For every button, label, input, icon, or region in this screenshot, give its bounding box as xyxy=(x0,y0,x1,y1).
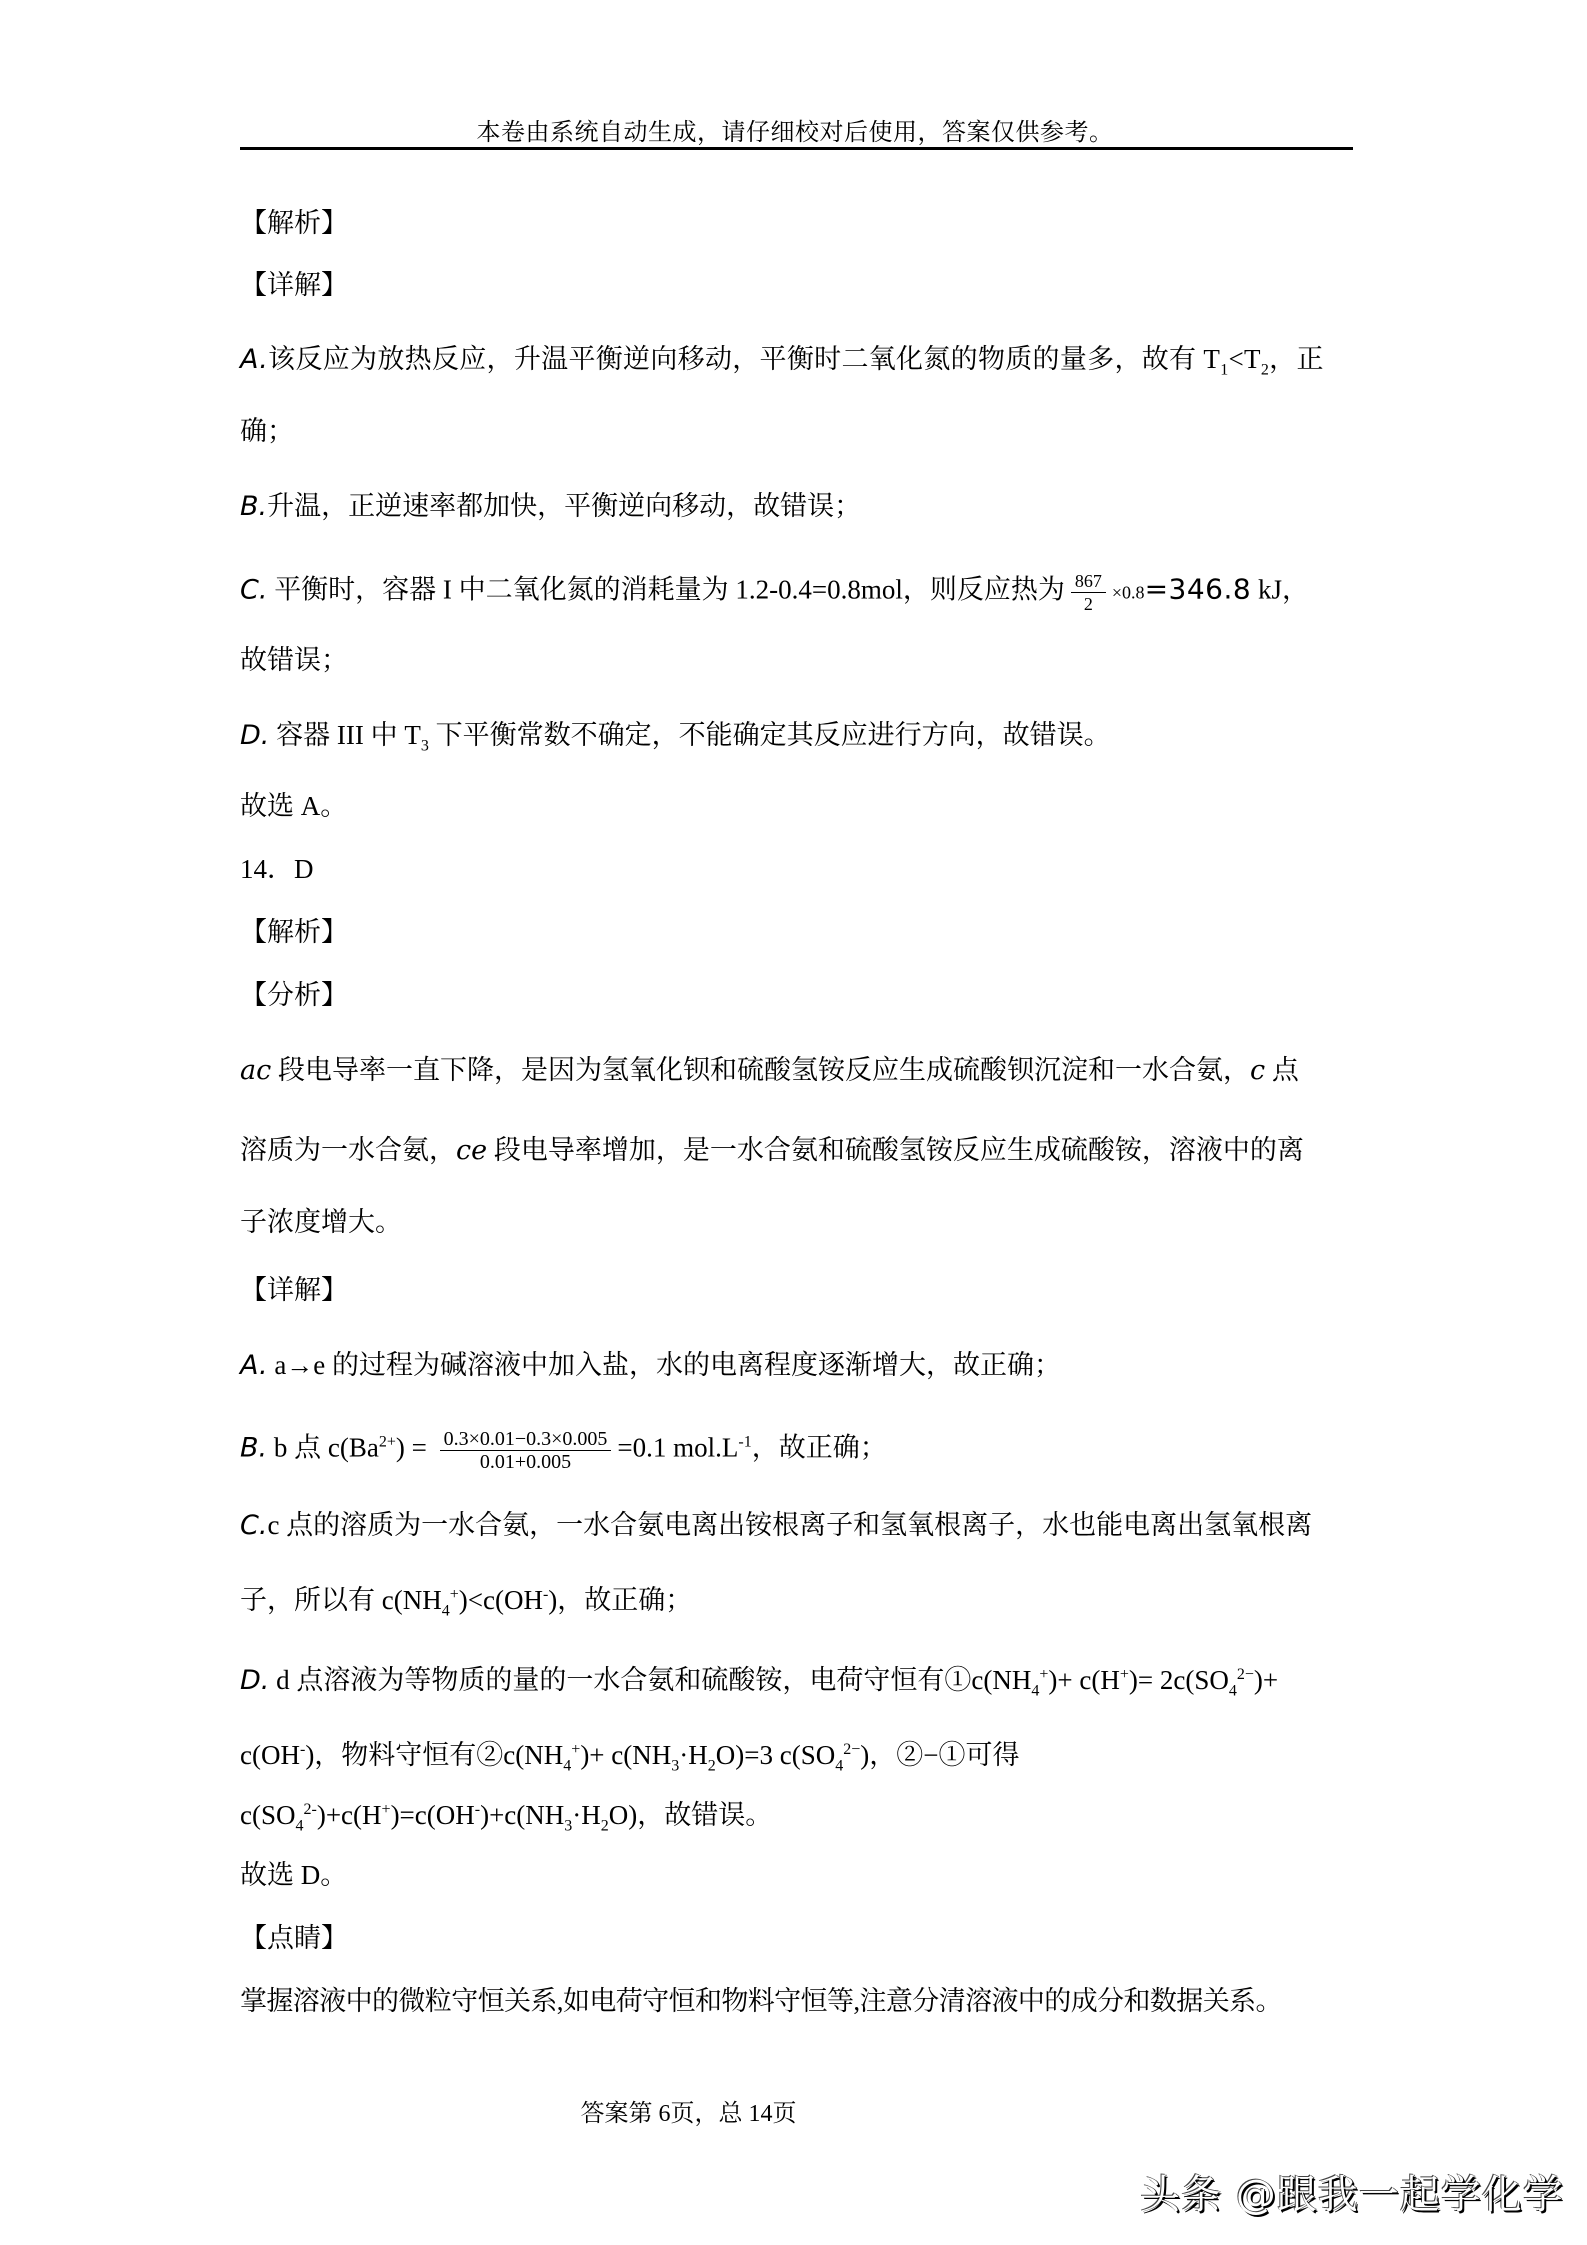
section-label-jiexi: 【解析】 xyxy=(240,206,348,240)
option-text: )，物料守恒有②c(NH xyxy=(305,1740,563,1770)
option-text: a→e 的过程为碱溶液中加入盐，水的电离程度逐渐增大，故正确； xyxy=(268,1350,1061,1380)
fraction-denominator: 2 xyxy=(1071,593,1106,615)
option-text: )+ c(NH xyxy=(580,1740,671,1770)
option-label: A. xyxy=(240,1350,268,1381)
option-label: B. xyxy=(240,1433,267,1464)
subscript: 4 xyxy=(835,1757,843,1774)
multiplier: ×0.8 xyxy=(1112,583,1145,603)
q14-option-a: A. a→e 的过程为碱溶液中加入盐，水的电离程度逐渐增大，故正确； xyxy=(240,1348,1061,1383)
option-label: A. xyxy=(240,344,268,375)
page-header-notice: 本卷由系统自动生成，请仔细校对后使用，答案仅供参考。 xyxy=(240,112,1350,147)
section-label-xiangjie: 【详解】 xyxy=(240,268,348,302)
option-text: 该反应为放热反应，升温平衡逆向移动，平衡时二氧化氮的物质的量多，故有 T xyxy=(268,344,1220,374)
subscript: 3 xyxy=(421,737,429,754)
option-text: )，故正确； xyxy=(548,1585,692,1615)
option-text: 子，所以有 c(NH xyxy=(240,1585,442,1615)
subscript: 2 xyxy=(601,1817,609,1834)
segment-label: ce xyxy=(456,1135,487,1166)
option-text: ·H xyxy=(679,1740,708,1770)
q13-option-c-cont: 故错误； xyxy=(240,643,348,677)
q14-analysis-line-2: 溶质为一水合氨，ce 段电导率增加，是一水合氨和硫酸氢铵反应生成硫酸铵，溶液中的… xyxy=(240,1133,1304,1168)
option-text: )+c(NH xyxy=(480,1800,564,1830)
option-text: O)，故错误。 xyxy=(609,1800,773,1830)
section-label-dianjing: 【点睛】 xyxy=(240,1921,348,1955)
q13-option-a-cont: 确； xyxy=(240,414,294,448)
fraction-numerator: 0.3×0.01−0.3×0.005 xyxy=(440,1428,612,1451)
q14-analysis-line-1: ac 段电导率一直下降，是因为氢氧化钡和硫酸氢铵反应生成硫酸钡沉淀和一水合氨，c… xyxy=(240,1053,1299,1088)
fraction-numerator: 867 xyxy=(1071,570,1106,593)
q14-option-c-cont: 子，所以有 c(NH4+)<c(OH-)，故正确； xyxy=(240,1583,692,1617)
subscript: 4 xyxy=(1229,1682,1237,1699)
section-label-xiangjie: 【详解】 xyxy=(240,1273,348,1307)
subscript: 2 xyxy=(708,1757,716,1774)
q13-option-a: A.该反应为放热反应，升温平衡逆向移动，平衡时二氧化氮的物质的量多，故有 T1<… xyxy=(240,342,1324,377)
q14-option-d-line-2: c(OH-)，物料守恒有②c(NH4+)+ c(NH3·H2O)=3 c(SO4… xyxy=(240,1738,1019,1772)
document-page: 本卷由系统自动生成，请仔细校对后使用，答案仅供参考。 【解析】 【详解】 A.该… xyxy=(0,0,1587,2245)
option-text: b 点 c(Ba xyxy=(267,1433,379,1463)
option-text: c 点的溶质为一水合氨，一水合氨电离出铵根离子和氢氧根离子，水也能电离出氢氧根离 xyxy=(267,1510,1312,1540)
page-footer: 答案第 6页，总 14页 xyxy=(0,2093,1587,2128)
option-text: )+ xyxy=(1254,1665,1278,1695)
superscript: 2+ xyxy=(379,1434,396,1451)
option-text: =0.1 mol.L xyxy=(617,1433,738,1463)
subscript: 4 xyxy=(442,1602,450,1619)
q14-option-d: D. d 点溶液为等物质的量的一水合氨和硫酸铵，电荷守恒有①c(NH4+)+ c… xyxy=(240,1663,1278,1698)
page-number-info: 答案第 6页，总 14页 xyxy=(581,2101,797,2127)
analysis-text: 溶质为一水合氨， xyxy=(240,1135,456,1165)
fraction: 8672 xyxy=(1071,570,1106,615)
subscript: 4 xyxy=(296,1817,304,1834)
subscript: 2 xyxy=(1261,361,1269,378)
section-label-fenxi: 【分析】 xyxy=(240,978,348,1012)
option-text: )<c(OH xyxy=(459,1585,543,1615)
fraction-denominator: 0.01+0.005 xyxy=(440,1451,612,1473)
superscript: 2- xyxy=(304,1801,317,1818)
superscript: + xyxy=(571,1741,580,1758)
q14-option-b: B. b 点 c(Ba2+) = 0.3×0.01−0.3×0.0050.01+… xyxy=(240,1428,887,1473)
superscript: + xyxy=(1120,1666,1129,1683)
analysis-text: 点 xyxy=(1265,1055,1299,1085)
option-text: 容器 III 中 T xyxy=(269,720,420,750)
unit-text: kJ， xyxy=(1251,575,1309,605)
q14-dianjing-text: 掌握溶液中的微粒守恒关系,如电荷守恒和物料守恒等,注意分清溶液中的成分和数据关系… xyxy=(240,1984,1282,2018)
option-text: c(OH xyxy=(240,1740,300,1770)
q13-option-c: C. 平衡时，容器 I 中二氧化氮的消耗量为 1.2-0.4=0.8mol，则反… xyxy=(240,570,1309,615)
q14-analysis-line-3: 子浓度增大。 xyxy=(240,1205,402,1239)
option-text: ，故正确； xyxy=(752,1433,887,1463)
option-text: )=c(OH xyxy=(391,1800,475,1830)
option-label: D. xyxy=(240,1665,269,1696)
option-text: d 点溶液为等物质的量的一水合氨和硫酸铵，电荷守恒有①c(NH xyxy=(269,1665,1031,1695)
option-label: B. xyxy=(240,491,267,522)
header-divider xyxy=(240,147,1353,150)
superscript: + xyxy=(382,1801,391,1818)
q14-answer: 14．D xyxy=(240,852,314,886)
point-label: c xyxy=(1250,1055,1265,1086)
subscript: 4 xyxy=(563,1757,571,1774)
option-text: O)=3 c(SO xyxy=(716,1740,835,1770)
option-label: C. xyxy=(240,1510,267,1541)
option-text: 升温，正逆速率都加快，平衡逆向移动，故错误； xyxy=(267,491,861,521)
superscript: 2− xyxy=(1237,1666,1254,1683)
q14-option-d-line-3: c(SO42-)+c(H+)=c(OH-)+c(NH3·H2O)，故错误。 xyxy=(240,1798,772,1832)
section-label-jiexi: 【解析】 xyxy=(240,915,348,949)
option-label: C. xyxy=(240,575,267,606)
option-text: c(SO xyxy=(240,1800,296,1830)
analysis-text: 段电导率一直下降，是因为氢氧化钡和硫酸氢铵反应生成硫酸钡沉淀和一水合氨， xyxy=(271,1055,1250,1085)
q14-option-c: C.c 点的溶质为一水合氨，一水合氨电离出铵根离子和氢氧根离子，水也能电离出氢氧… xyxy=(240,1508,1312,1543)
fraction: 0.3×0.01−0.3×0.0050.01+0.005 xyxy=(440,1428,612,1473)
option-text: )，②−①可得 xyxy=(860,1740,1019,1770)
option-label: D. xyxy=(240,720,269,751)
segment-label: ac xyxy=(240,1055,271,1086)
q13-option-b: B.升温，正逆速率都加快，平衡逆向移动，故错误； xyxy=(240,489,861,524)
option-text: )+c(H xyxy=(317,1800,382,1830)
option-text: )= 2c(SO xyxy=(1129,1665,1229,1695)
superscript: -1 xyxy=(738,1434,751,1451)
option-text: <T xyxy=(1229,344,1261,374)
analysis-text: 段电导率增加，是一水合氨和硫酸氢铵反应生成硫酸铵，溶液中的离 xyxy=(487,1135,1304,1165)
option-text: ·H xyxy=(572,1800,601,1830)
option-text: ) = xyxy=(396,1433,434,1463)
option-text: ，正 xyxy=(1269,344,1324,374)
option-text: )+ c(H xyxy=(1048,1665,1119,1695)
subscript: 4 xyxy=(1031,1682,1039,1699)
q13-conclusion: 故选 A。 xyxy=(240,789,347,823)
result-value: =346.8 xyxy=(1145,573,1252,606)
superscript: + xyxy=(450,1586,459,1603)
q13-option-d: D. 容器 III 中 T3 下平衡常数不确定，不能确定其反应进行方向，故错误。 xyxy=(240,718,1111,753)
watermark: 头条 @跟我一起学化学 xyxy=(1140,2163,1564,2220)
option-text: 下平衡常数不确定，不能确定其反应进行方向，故错误。 xyxy=(429,720,1111,750)
option-text: 平衡时，容器 I 中二氧化氮的消耗量为 1.2-0.4=0.8mol，则反应热为 xyxy=(267,575,1064,605)
subscript: 1 xyxy=(1220,361,1228,378)
q14-conclusion: 故选 D。 xyxy=(240,1858,347,1892)
superscript: 2− xyxy=(843,1741,860,1758)
